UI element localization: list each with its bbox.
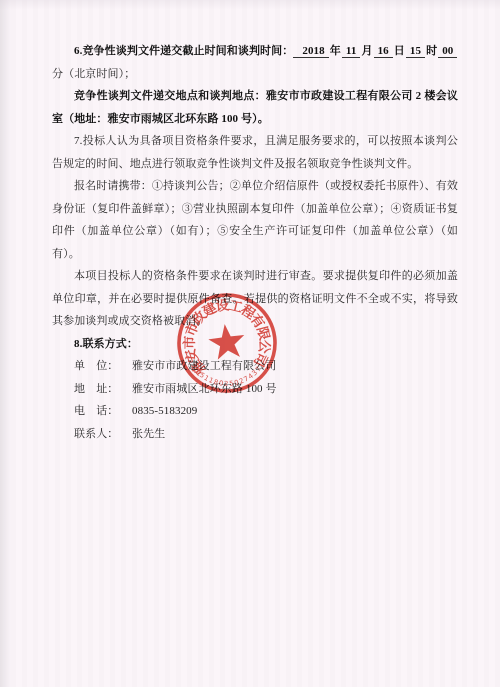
date-day-unit: 日 <box>394 45 405 57</box>
paragraph-deadline-line2: 分（北京时间）； <box>52 63 458 86</box>
contact-company-value: 雅安市市政建设工程有限公司 <box>132 360 276 372</box>
contact-person-value: 张先生 <box>132 428 165 440</box>
date-hour-unit: 时 <box>426 45 437 57</box>
date-month: 11 <box>342 45 361 58</box>
document-page: 6.竞争性谈判文件递交截止时间和谈判时间：2018年11月16日15时00 分（… <box>52 40 458 445</box>
scan-edge-left <box>0 0 12 687</box>
paragraph-bring-items: 报名时请携带：①持谈判公告；②单位介绍信原件（或授权委托书原件）、有效身份证（复… <box>52 175 458 265</box>
contact-company-label: 单 位： <box>74 355 132 378</box>
contact-row-person: 联系人：张先生 <box>52 423 458 446</box>
date-day: 16 <box>374 45 393 58</box>
contact-section-title: 8.联系方式： <box>52 333 458 356</box>
contact-address-label: 地 址： <box>74 378 132 401</box>
contact-person-label: 联系人： <box>74 423 132 446</box>
paragraph-7-eligibility: 7.投标人认为具备项目资格条件要求，且满足服务要求的，可以按照本谈判公告规定的时… <box>52 130 458 175</box>
contact-phone-label: 电 话： <box>74 400 132 423</box>
contact-row-address: 地 址：雅安市雨城区北环东路 100 号 <box>52 378 458 401</box>
contact-address-value: 雅安市雨城区北环东路 100 号 <box>132 383 277 395</box>
deadline-label: 6.竞争性谈判文件递交截止时间和谈判时间： <box>74 45 293 57</box>
paragraph-deadline-line1: 6.竞争性谈判文件递交截止时间和谈判时间：2018年11月16日15时00 <box>52 40 458 63</box>
date-month-unit: 月 <box>361 45 372 57</box>
date-year-unit: 年 <box>330 45 341 57</box>
date-minute: 00 <box>438 45 457 58</box>
scan-edge-top <box>0 0 500 10</box>
date-year: 2018 <box>293 45 328 58</box>
contact-phone-value: 0835-5183209 <box>132 405 197 417</box>
paragraph-location: 竞争性谈判文件递交地点和谈判地点：雅安市市政建设工程有限公司 2 楼会议室（地址… <box>52 85 458 130</box>
contact-row-company: 单 位：雅安市市政建设工程有限公司 <box>52 355 458 378</box>
contact-row-phone: 电 话：0835-5183209 <box>52 400 458 423</box>
location-label: 竞争性谈判文件递交地点和谈判地点： <box>74 90 266 102</box>
paragraph-review: 本项目投标人的资格条件要求在谈判时进行审查。要求提供复印件的必须加盖单位印章，并… <box>52 265 458 333</box>
date-hour: 15 <box>406 45 425 58</box>
